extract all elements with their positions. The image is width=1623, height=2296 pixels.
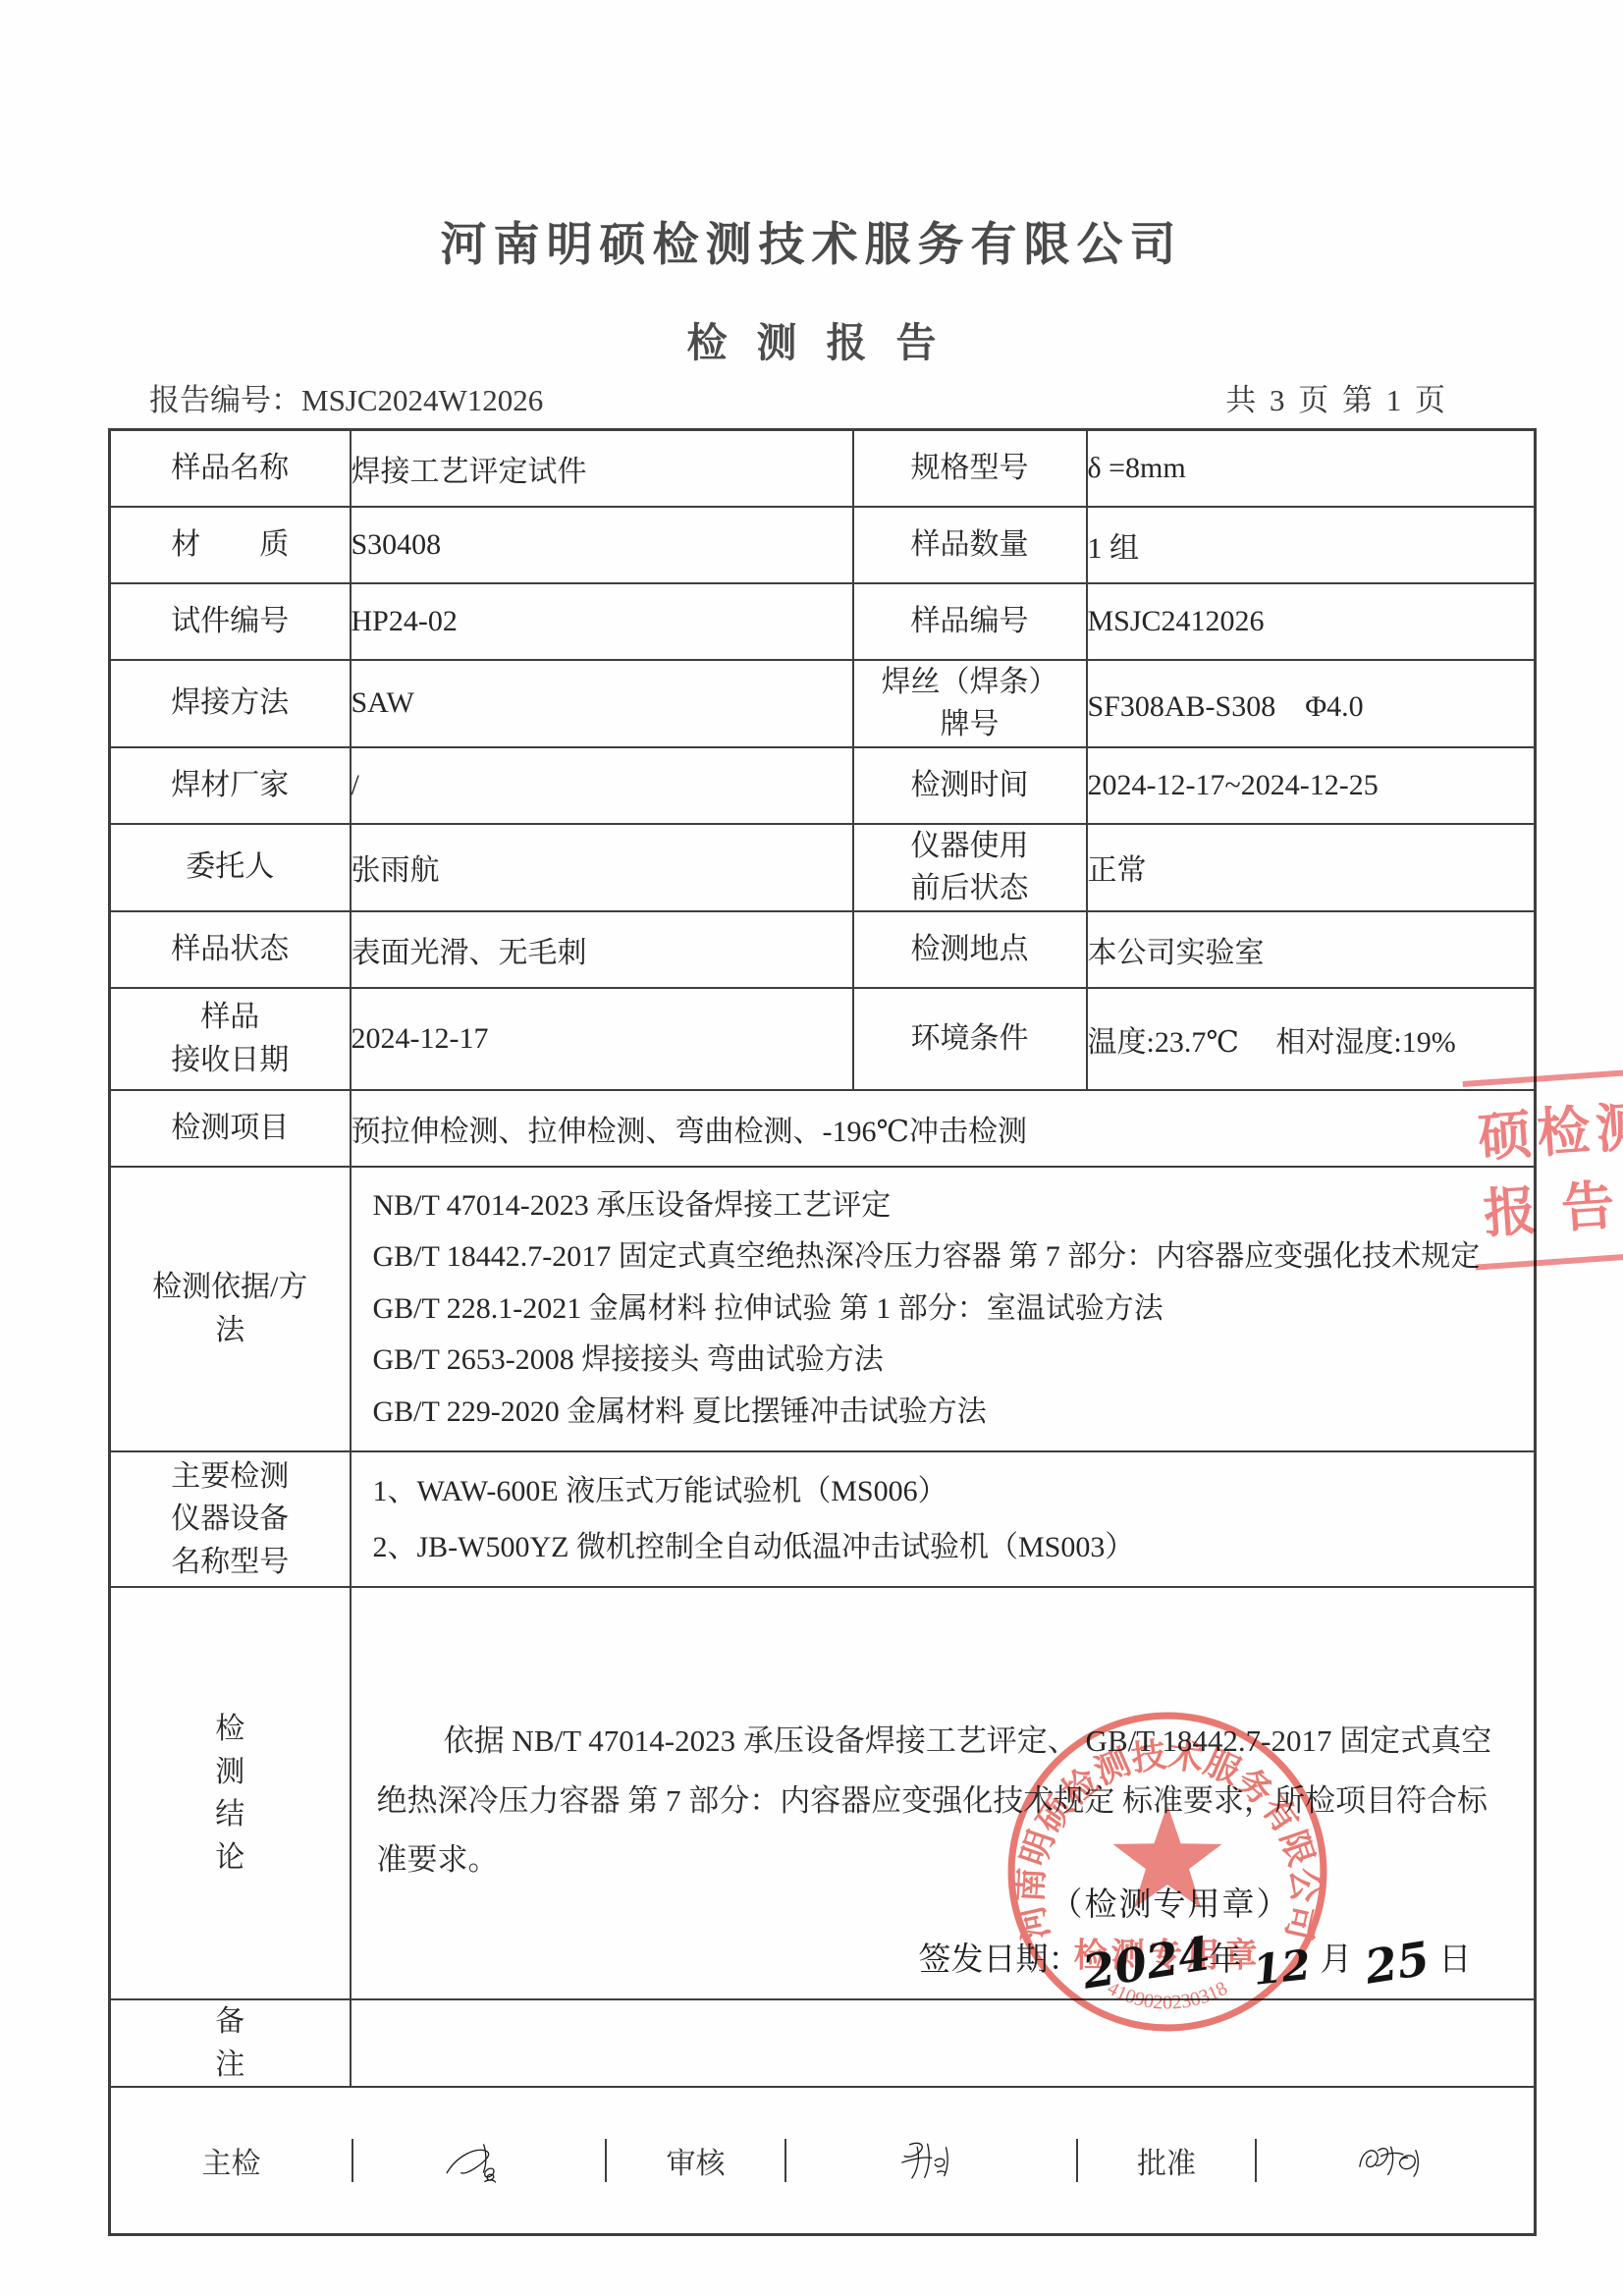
table-row: 委托人 张雨航 仪器使用 前后状态 正常	[110, 824, 1536, 911]
report-page: 河南明硕检测技术服务有限公司 检测报告 报告编号：MSJC2024W12026 …	[0, 0, 1623, 2296]
equipment-line: 1、WAW-600E 液压式万能试验机（MS006）	[373, 1463, 1525, 1519]
field-value: SF308AB-S308 Φ4.0	[1087, 660, 1536, 747]
field-label: 环境条件	[853, 988, 1087, 1090]
signature-strip: 主检 审核	[111, 2139, 1534, 2182]
report-table: 样品名称 焊接工艺评定试件 规格型号 δ =8mm 材 质 S30408 样品数…	[108, 428, 1537, 2236]
basis-line: GB/T 18442.7-2017 固定式真空绝热深冷压力容器 第 7 部分：内…	[373, 1234, 1525, 1281]
table-row: 检 测 结 论 依据 NB/T 47014-2023 承压设备焊接工艺评定、 G…	[110, 1587, 1536, 1999]
equipment-line: 2、JB-W500YZ 微机控制全自动低温冲击试验机（MS003）	[373, 1519, 1525, 1575]
field-label: 样品数量	[853, 507, 1087, 583]
reviewer-signature	[786, 2139, 1078, 2182]
field-label: 检测地点	[853, 911, 1087, 988]
field-label: 焊材厂家	[110, 747, 351, 824]
approver-label: 批准	[1078, 2139, 1257, 2182]
field-value: NB/T 47014-2023 承压设备焊接工艺评定 GB/T 18442.7-…	[351, 1167, 1536, 1452]
field-value: /	[351, 747, 853, 824]
basis-lines: NB/T 47014-2023 承压设备焊接工艺评定 GB/T 18442.7-…	[352, 1168, 1535, 1451]
edge-stamp-line2: 报 告	[1481, 1161, 1623, 1254]
field-label: 委托人	[110, 824, 351, 911]
field-value: S30408	[351, 507, 853, 583]
field-label: 样品名称	[110, 430, 351, 507]
company-title: 河南明硕检测技术服务有限公司	[0, 208, 1623, 274]
table-row: 样品 接收日期 2024-12-17 环境条件 温度:23.7℃ 相对湿度:19…	[110, 988, 1536, 1090]
sign-date-line: 签发日期：2024年12月25日	[919, 1928, 1472, 1982]
field-value: MSJC2412026	[1087, 583, 1536, 660]
field-value: 本公司实验室	[1087, 911, 1536, 988]
table-row: 样品名称 焊接工艺评定试件 规格型号 δ =8mm	[110, 430, 1536, 507]
field-value: HP24-02	[351, 583, 853, 660]
field-value: 1、WAW-600E 液压式万能试验机（MS006） 2、JB-W500YZ 微…	[351, 1451, 1536, 1587]
field-label: 仪器使用 前后状态	[853, 824, 1087, 911]
field-value: SAW	[351, 660, 853, 747]
remark-value	[351, 1999, 1536, 2087]
table-row: 焊材厂家 / 检测时间 2024-12-17~2024-12-25	[110, 747, 1536, 824]
signature-cell: 主检 审核	[110, 2087, 1536, 2234]
field-label: 样品编号	[853, 583, 1087, 660]
approver-signature	[1257, 2139, 1534, 2182]
table-row: 样品状态 表面光滑、无毛刺 检测地点 本公司实验室	[110, 911, 1536, 988]
handwritten-day: 25	[1361, 1932, 1433, 1995]
field-label: 备 注	[110, 1999, 351, 2087]
basis-line: GB/T 229-2020 金属材料 夏比摆锤冲击试验方法	[373, 1390, 1525, 1436]
field-value: δ =8mm	[1087, 430, 1536, 507]
field-label: 检测项目	[110, 1090, 351, 1167]
field-label: 检 测 结 论	[110, 1587, 351, 1999]
page-indicator: 共 3 页 第 1 页	[1225, 375, 1448, 419]
table-row: 检测项目 预拉伸检测、拉伸检测、弯曲检测、-196℃冲击检测	[110, 1090, 1536, 1167]
report-number: 报告编号：MSJC2024W12026	[149, 375, 543, 419]
field-label: 焊接方法	[110, 660, 351, 747]
field-label: 试件编号	[110, 583, 351, 660]
signature-row: 主检 审核	[110, 2087, 1536, 2234]
conclusion-text: 依据 NB/T 47014-2023 承压设备焊接工艺评定、 GB/T 1844…	[352, 1696, 1535, 1889]
table-row: 主要检测 仪器设备 名称型号 1、WAW-600E 液压式万能试验机（MS006…	[110, 1451, 1536, 1587]
field-value: 表面光滑、无毛刺	[351, 911, 853, 988]
field-label: 样品 接收日期	[110, 988, 351, 1090]
edge-stamp-line1: 硕检测技	[1476, 1083, 1623, 1176]
chief-inspector-label: 主检	[111, 2139, 353, 2182]
field-value: 2024-12-17~2024-12-25	[1087, 747, 1536, 824]
table-row: 焊接方法 SAW 焊丝（焊条） 牌号 SF308AB-S308 Φ4.0	[110, 660, 1536, 747]
field-label: 主要检测 仪器设备 名称型号	[110, 1451, 351, 1587]
field-value: 1 组	[1087, 507, 1536, 583]
year-char: 年	[1209, 1942, 1241, 1978]
equipment-lines: 1、WAW-600E 液压式万能试验机（MS006） 2、JB-W500YZ 微…	[352, 1457, 1535, 1581]
basis-line: NB/T 47014-2023 承压设备焊接工艺评定	[373, 1183, 1525, 1230]
field-value: 温度:23.7℃ 相对湿度:19%	[1087, 988, 1536, 1090]
basis-line: GB/T 2653-2008 焊接接头 弯曲试验方法	[373, 1338, 1525, 1384]
report-title: 检测报告	[0, 310, 1623, 368]
field-value: 正常	[1087, 824, 1536, 911]
field-label: 样品状态	[110, 911, 351, 988]
field-label: 材 质	[110, 507, 351, 583]
field-value: 焊接工艺评定试件	[351, 430, 853, 507]
table-row: 检测依据/方 法 NB/T 47014-2023 承压设备焊接工艺评定 GB/T…	[110, 1167, 1536, 1452]
table-row: 材 质 S30408 样品数量 1 组	[110, 507, 1536, 583]
edge-stamp-fragment: 硕检测技 报 告	[1463, 1064, 1623, 1270]
field-label: 规格型号	[853, 430, 1087, 507]
field-label: 检测依据/方 法	[110, 1167, 351, 1452]
reviewer-label: 审核	[607, 2139, 786, 2182]
field-value: 张雨航	[351, 824, 853, 911]
table-row: 试件编号 HP24-02 样品编号 MSJC2412026	[110, 583, 1536, 660]
field-value: 2024-12-17	[351, 988, 853, 1090]
handwritten-month: 12	[1251, 1941, 1313, 1995]
day-char: 日	[1438, 1942, 1471, 1978]
basis-line: GB/T 228.1-2021 金属材料 拉伸试验 第 1 部分：室温试验方法	[373, 1286, 1525, 1333]
month-char: 月	[1320, 1942, 1352, 1978]
field-label: 检测时间	[853, 747, 1087, 824]
field-label: 焊丝（焊条） 牌号	[853, 660, 1087, 747]
stamp-note: （检测专用章）	[1051, 1879, 1291, 1925]
sign-date-label: 签发日期：	[919, 1942, 1081, 1978]
conclusion-cell: 依据 NB/T 47014-2023 承压设备焊接工艺评定、 GB/T 1844…	[351, 1587, 1536, 1999]
field-value: 预拉伸检测、拉伸检测、弯曲检测、-196℃冲击检测	[351, 1090, 1536, 1167]
chief-inspector-signature	[353, 2139, 607, 2182]
